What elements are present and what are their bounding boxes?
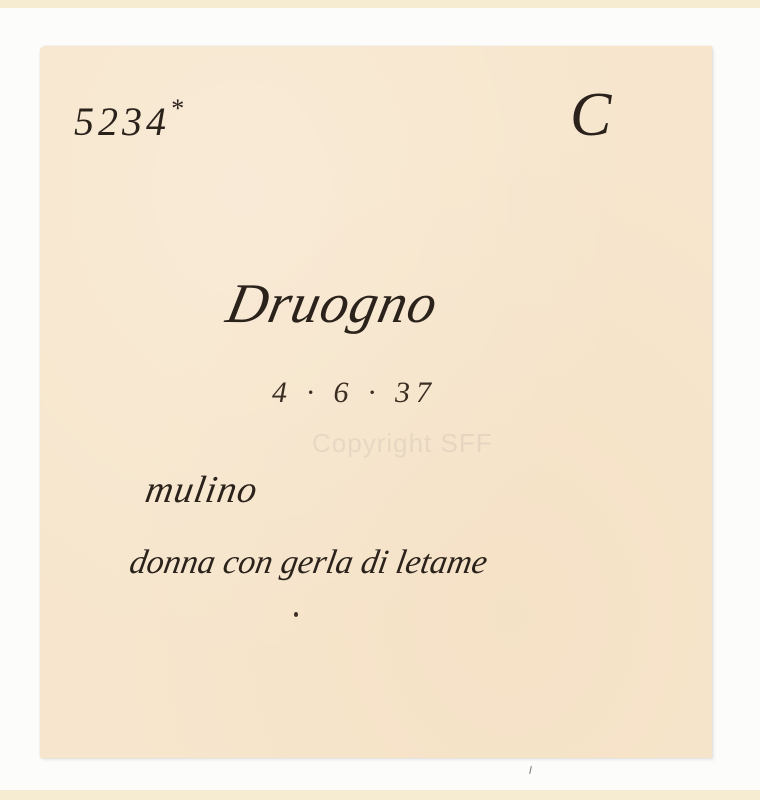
watermark: Copyright SFF <box>312 428 493 459</box>
top-edge-strip <box>0 0 760 8</box>
date: 4 · 6 · 37 <box>272 376 437 410</box>
catalog-mark: * <box>170 94 187 123</box>
description: donna con gerla di letame <box>127 544 491 582</box>
place-name: Druogno <box>221 272 444 336</box>
catalog-number: 5234* <box>74 98 187 145</box>
index-card: 5234* C Druogno 4 · 6 · 37 Copyright SFF… <box>40 46 712 758</box>
ink-dot <box>294 612 298 617</box>
bottom-edge-strip <box>0 790 760 800</box>
subject: mulino <box>142 468 261 512</box>
catalog-number-value: 5234 <box>74 99 170 144</box>
category-letter: C <box>570 80 611 151</box>
